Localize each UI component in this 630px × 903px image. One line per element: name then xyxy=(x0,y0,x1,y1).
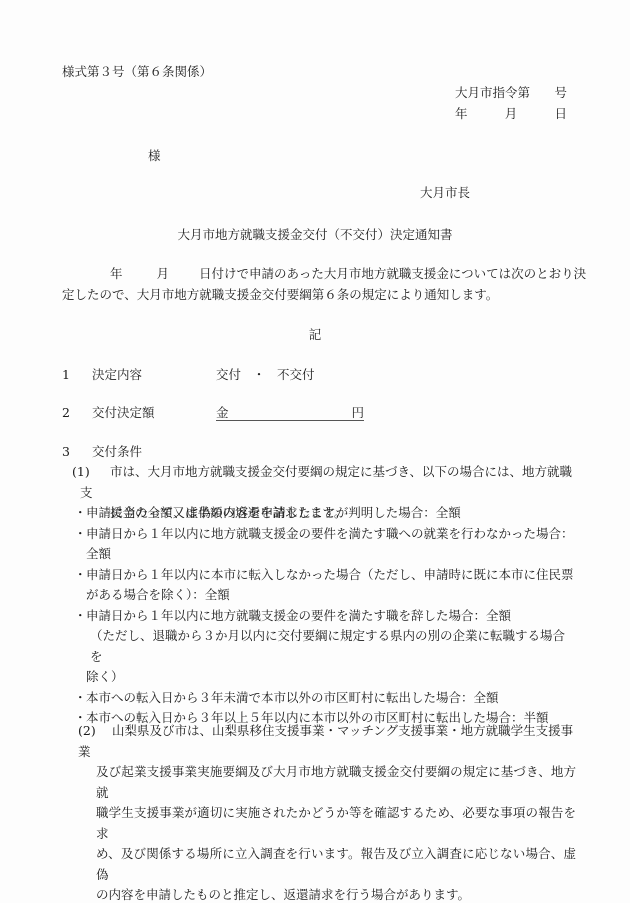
item-decision: 1決定内容交付・不交付 xyxy=(62,367,315,383)
amount-suffix: 円 xyxy=(351,405,364,421)
date-day: 日 xyxy=(554,106,567,122)
item-amount: 2交付決定額金円 xyxy=(62,405,364,421)
bullet-mark: ・ xyxy=(74,524,87,545)
list-item-note: （ただし、退職から３か月以内に交付要綱に規定する県内の別の企業に転職する場合を xyxy=(86,626,574,667)
recipient-honorific: 様 xyxy=(148,148,161,164)
item-label: 決定内容 xyxy=(92,367,216,383)
item-label: 交付決定額 xyxy=(92,405,216,421)
list-item-text-cont: がある場合を除く）：全額 xyxy=(86,585,574,606)
list-item-text: 申請日から１年以内に本市に転入しなかった場合（ただし、申請時に既に本市に住民票 xyxy=(86,565,574,586)
clause-line-1: 山梨県及び市は、山梨県移住支援事業・マッチング支援事業・地方就職学生支援事業 xyxy=(78,723,573,759)
bullet-mark: ・ xyxy=(74,606,87,627)
list-item-note-cont: 除く） xyxy=(86,667,574,688)
list-item-text: 申請日から１年以内に地方就職支援金の要件を満たす職への就業を行わなかった場合： xyxy=(86,524,574,545)
list-item: ・ 申請日から１年以内に本市に転入しなかった場合（ただし、申請時に既に本市に住民… xyxy=(74,565,574,606)
amount-prefix: 金 xyxy=(216,405,229,421)
clause-text-1: 市は、大月市地方就職支援金交付要綱の規定に基づき、以下の場合には、地方就職支 xyxy=(80,464,572,500)
list-item-text: 申請に当たって、虚偽の内容を申請したことが判明した場合：全額 xyxy=(86,503,574,524)
clause-2: (2)山梨県及び市は、山梨県移住支援事業・マッチング支援事業・地方就職学生支援事… xyxy=(78,721,576,903)
option-grant: 交付 xyxy=(216,367,241,382)
list-item: ・ 申請に当たって、虚偽の内容を申請したことが判明した場合：全額 xyxy=(74,503,574,524)
reference-number: 大月市指令第 号 xyxy=(455,85,567,101)
amount-field: 金円 xyxy=(216,405,364,421)
list-item-text: 本市への転入日から３年未満で本市以外の市区町村に転出した場合：全額 xyxy=(86,688,574,709)
option-separator: ・ xyxy=(241,367,277,383)
bullet-mark: ・ xyxy=(74,565,87,586)
reference-prefix: 大月市指令第 xyxy=(455,85,530,101)
clause-line-3: 職学生支援事業が適切に実施されたかどうか等を確認するため、必要な事項の報告を求 xyxy=(78,803,576,844)
clause-line-2: 及び起業支援事業実施要綱及び大月市地方就職支援金交付要綱の規定に基づき、地方就 xyxy=(78,762,576,803)
repayment-conditions-list: ・ 申請に当たって、虚偽の内容を申請したことが判明した場合：全額 ・ 申請日から… xyxy=(74,503,574,729)
clause-line-5: の内容を申請したものと推定し、返還請求を行う場合があります。 xyxy=(78,885,576,903)
bullet-mark: ・ xyxy=(74,688,87,709)
list-item-text: 申請日から１年以内に地方就職支援金の要件を満たす職を辞した場合：全額 xyxy=(86,606,574,627)
date-month: 月 xyxy=(505,106,518,122)
intro-year: 年 xyxy=(110,266,123,281)
section-3-heading: 3交付条件 xyxy=(62,444,142,460)
date-year: 年 xyxy=(455,106,468,122)
reference-suffix: 号 xyxy=(554,85,567,101)
list-item-text-cont: 全額 xyxy=(86,544,574,565)
option-no-grant: 不交付 xyxy=(277,367,315,382)
section-label: 交付条件 xyxy=(92,444,142,459)
intro-line-1: 年月日付けで申請のあった大月市地方就職支援金については次のとおり決 xyxy=(110,266,586,282)
bullet-mark: ・ xyxy=(74,503,87,524)
list-item: ・ 本市への転入日から３年未満で本市以外の市区町村に転出した場合：全額 xyxy=(74,688,574,709)
clause-index: (1) xyxy=(72,462,110,483)
intro-line-2: 定したので、大月市地方就職支援金交付要綱第６条の規定により通知します。 xyxy=(62,287,498,303)
section-number: 3 xyxy=(62,444,92,460)
item-number: 2 xyxy=(62,405,92,421)
clause-line-4: め、及び関係する場所に立入調査を行います。報告及び立入調査に応じない場合、虚偽 xyxy=(78,844,576,885)
issue-date: 年 月 日 xyxy=(455,106,567,122)
list-item: ・ 申請日から１年以内に地方就職支援金の要件を満たす職を辞した場合：全額 （ただ… xyxy=(74,606,574,688)
list-item: ・ 申請日から１年以内に地方就職支援金の要件を満たす職への就業を行わなかった場合… xyxy=(74,524,574,565)
intro-text: 日付けで申請のあった大月市地方就職支援金については次のとおり決 xyxy=(199,266,586,281)
document-title: 大月市地方就職支援金交付（不交付）決定通知書 xyxy=(0,227,630,243)
item-number: 1 xyxy=(62,367,92,383)
ki-heading: 記 xyxy=(0,327,630,343)
intro-month: 月 xyxy=(157,266,170,281)
clause-index: (2) xyxy=(78,721,112,742)
form-number: 様式第３号（第６条関係） xyxy=(62,64,212,80)
sender-name: 大月市長 xyxy=(420,185,470,201)
